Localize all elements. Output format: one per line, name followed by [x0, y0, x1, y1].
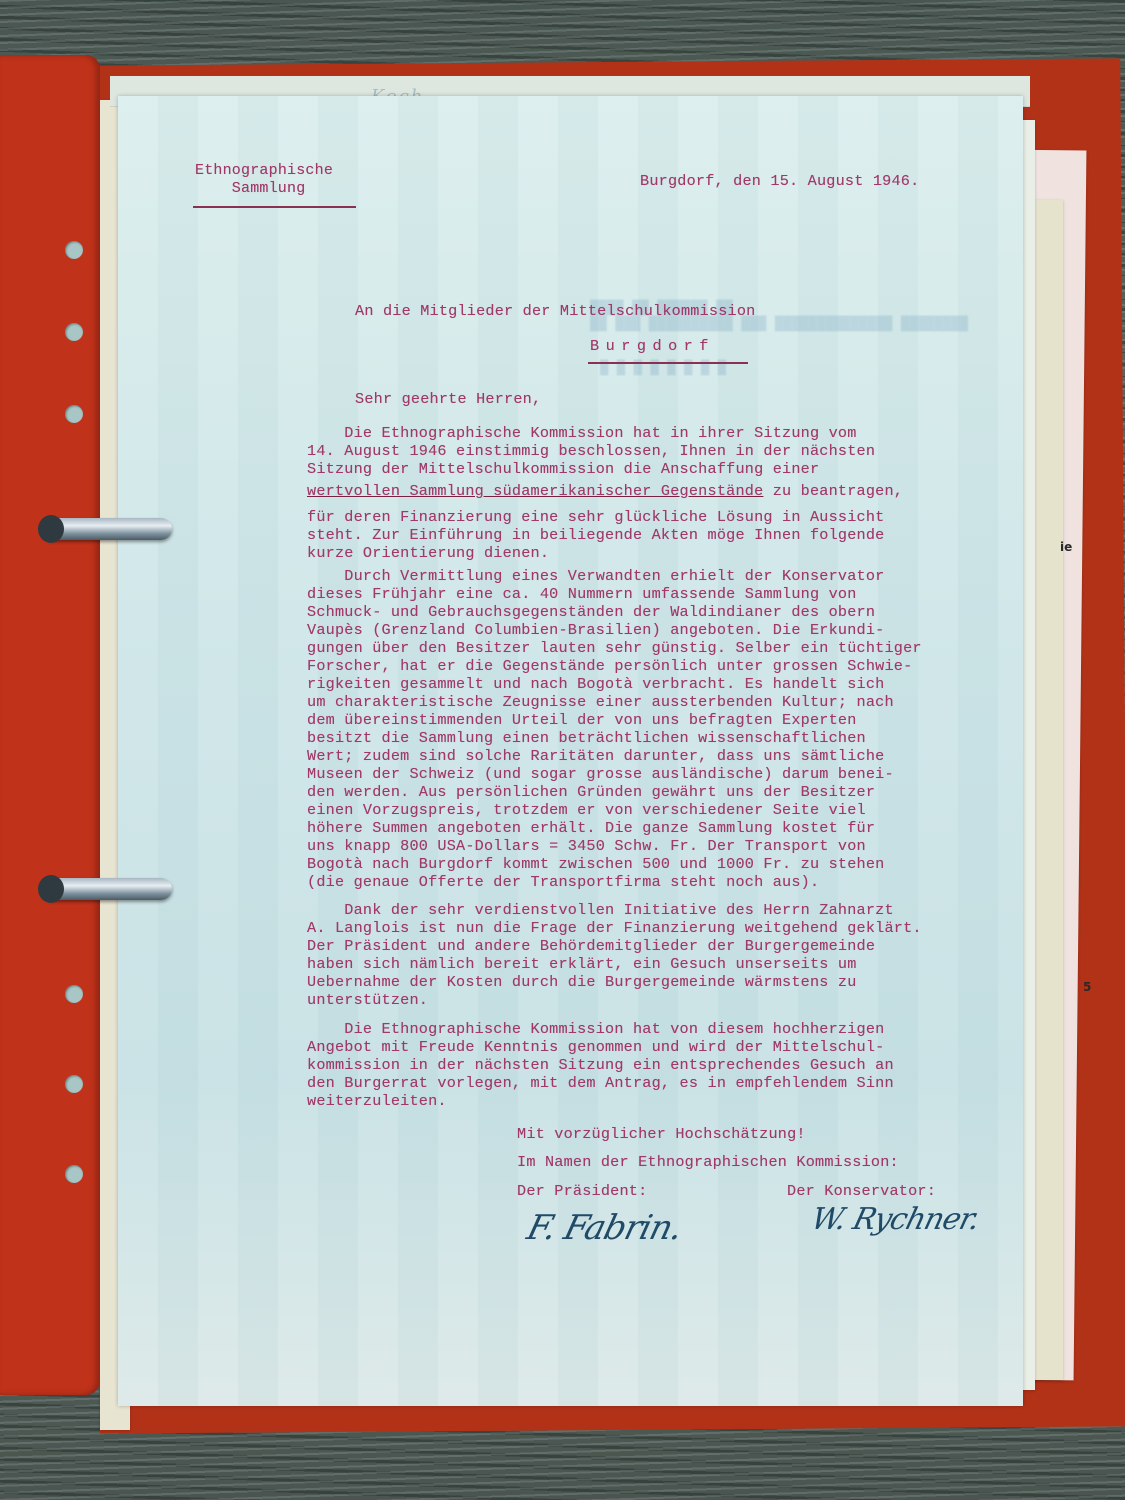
sender-line-2: Sammlung: [232, 180, 306, 197]
on-behalf-line: Im Namen der Ethnographischen Kommission…: [517, 1153, 899, 1171]
edge-fragment: 5: [1083, 980, 1091, 994]
binder-front-cover: [0, 55, 100, 1395]
binder-ring[interactable]: [42, 518, 172, 540]
recipient: An die Mitglieder der Mittelschulkommiss…: [355, 302, 756, 320]
paragraph-4: Die Ethnographische Kommission hat von d…: [307, 1020, 894, 1110]
paragraph-1-underlined-line: wertvollen Sammlung südamerikanischer Ge…: [307, 482, 903, 500]
curator-label: Der Konservator:: [787, 1182, 936, 1200]
city-underline: [588, 362, 748, 364]
paragraph-1-end: für deren Finanzierung eine sehr glückli…: [307, 508, 884, 562]
binder-ring[interactable]: [42, 878, 172, 900]
president-signature: F. Fabrin.: [523, 1208, 686, 1248]
punch-hole: [65, 323, 83, 341]
paragraph-3: Dank der sehr verdienstvollen Initiative…: [307, 901, 922, 1009]
line-continuation: zu beantragen,: [763, 482, 903, 500]
paragraph-1: Die Ethnographische Kommission hat in ih…: [307, 424, 875, 478]
underlined-phrase: wertvollen Sammlung südamerikanischer Ge…: [307, 482, 763, 500]
president-label: Der Präsident:: [517, 1182, 647, 1200]
paragraph-2: Durch Vermittlung eines Verwandten erhie…: [307, 567, 922, 891]
closing-greeting: Mit vorzüglicher Hochschätzung!: [517, 1125, 806, 1143]
sender-underline: [193, 206, 356, 208]
curator-signature: W. Rychner.: [808, 1202, 983, 1237]
sender-line-1: Ethnographische: [195, 162, 333, 179]
punch-hole: [65, 241, 83, 259]
punch-hole: [65, 985, 83, 1003]
punch-hole: [65, 1075, 83, 1093]
sender-letterhead: Ethnographische Sammlung: [195, 162, 333, 198]
recipient-city: Burgdorf: [590, 337, 715, 355]
letter-date: Burgdorf, den 15. August 1946.: [640, 172, 919, 190]
punch-hole: [65, 405, 83, 423]
punch-hole: [65, 1165, 83, 1183]
salutation: Sehr geehrte Herren,: [355, 390, 541, 408]
edge-fragment: ie: [1060, 540, 1072, 554]
